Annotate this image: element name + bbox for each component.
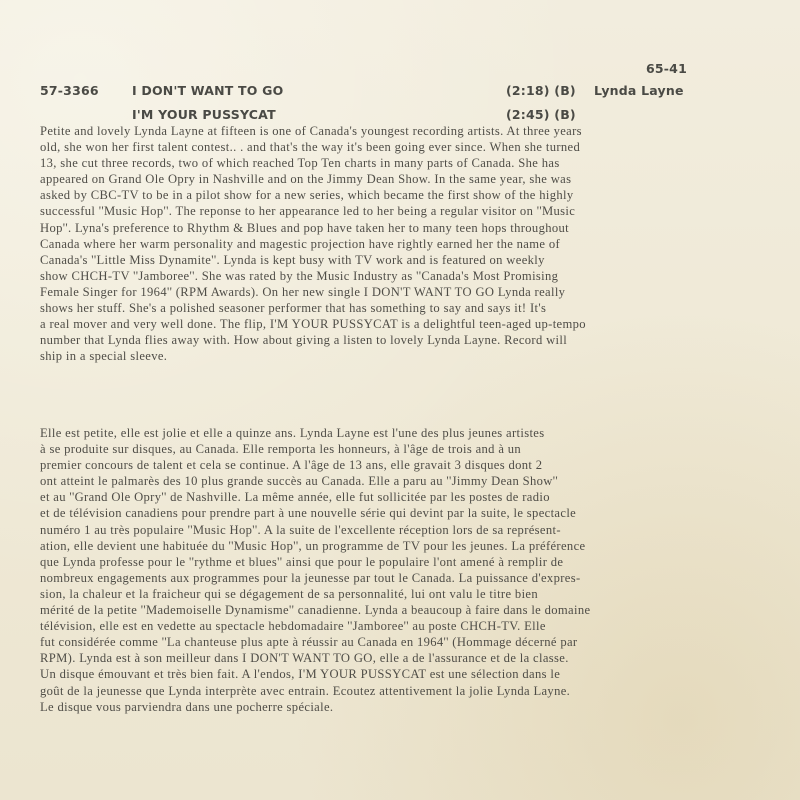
text-line: ship in a special sleeve. <box>40 348 780 364</box>
text-line: show CHCH-TV ''Jamboree''. She was rated… <box>40 268 780 284</box>
release-number: 57-3366 <box>40 83 99 98</box>
side-label: (B) <box>554 83 576 98</box>
text-line: ation, elle devient une habituée du ''Mu… <box>40 538 780 554</box>
text-line: Canada's ''Little Miss Dynamite''. Lynda… <box>40 252 780 268</box>
text-line: télévision, elle est en vedette au spect… <box>40 618 780 634</box>
text-line: old, she won her first talent contest.. … <box>40 139 780 155</box>
text-line: Canada where her warm personality and ma… <box>40 236 780 252</box>
duration: (2:45) <box>506 107 550 122</box>
text-line: à se produite sur disques, au Canada. El… <box>40 441 780 457</box>
text-line: numéro 1 au très populaire ''Music Hop''… <box>40 522 780 538</box>
text-line: et de télévision canadiens pour prendre … <box>40 505 780 521</box>
text-line: fut considérée comme ''La chanteuse plus… <box>40 634 780 650</box>
text-line: Hop''. Lyna's preference to Rhythm & Blu… <box>40 220 780 236</box>
text-line: que Lynda professe pour le ''rythme et b… <box>40 554 780 570</box>
text-line: 13, she cut three records, two of which … <box>40 155 780 171</box>
text-line: Female Singer for 1964'' (RPM Awards). O… <box>40 284 780 300</box>
track-title-a: I DON'T WANT TO GO <box>132 83 283 98</box>
sleeve-header: 65-41 57-3366 I DON'T WANT TO GO I'M YOU… <box>0 0 800 120</box>
duration: (2:18) <box>506 83 550 98</box>
track-duration-a: (2:18) (B) <box>506 83 576 98</box>
text-line: ont atteint le palmarès des 10 plus gran… <box>40 473 780 489</box>
text-line: premier concours de talent et cela se co… <box>40 457 780 473</box>
text-line: sion, la chaleur et la fraicheur qui se … <box>40 586 780 602</box>
text-line: Petite and lovely Lynda Layne at fifteen… <box>40 123 780 139</box>
track-duration-b: (2:45) (B) <box>506 107 576 122</box>
artist-name: Lynda Layne <box>594 83 684 98</box>
text-line: et au ''Grand Ole Opry'' de Nashville. L… <box>40 489 780 505</box>
text-line: asked by CBC-TV to be in a pilot show fo… <box>40 187 780 203</box>
english-liner-notes: Petite and lovely Lynda Layne at fifteen… <box>40 123 780 364</box>
text-line: successful ''Music Hop''. The reponse to… <box>40 203 780 219</box>
text-line: a real mover and very well done. The fli… <box>40 316 780 332</box>
text-line: mérité de la petite ''Mademoiselle Dynam… <box>40 602 780 618</box>
text-line: Elle est petite, elle est jolie et elle … <box>40 425 780 441</box>
text-line: RPM). Lynda est à son meilleur dans I DO… <box>40 650 780 666</box>
text-line: number that Lynda flies away with. How a… <box>40 332 780 348</box>
side-label: (B) <box>554 107 576 122</box>
text-line: shows her stuff. She's a polished season… <box>40 300 780 316</box>
text-line: goût de la jeunesse que Lynda interprète… <box>40 683 780 699</box>
catalog-number: 65-41 <box>646 61 687 76</box>
text-line: nombreux engagements aux programmes pour… <box>40 570 780 586</box>
text-line: appeared on Grand Ole Opry in Nashville … <box>40 171 780 187</box>
text-line: Le disque vous parviendra dans une poche… <box>40 699 780 715</box>
track-title-b: I'M YOUR PUSSYCAT <box>132 107 276 122</box>
text-line: Un disque émouvant et très bien fait. A … <box>40 666 780 682</box>
french-liner-notes: Elle est petite, elle est jolie et elle … <box>40 425 780 715</box>
